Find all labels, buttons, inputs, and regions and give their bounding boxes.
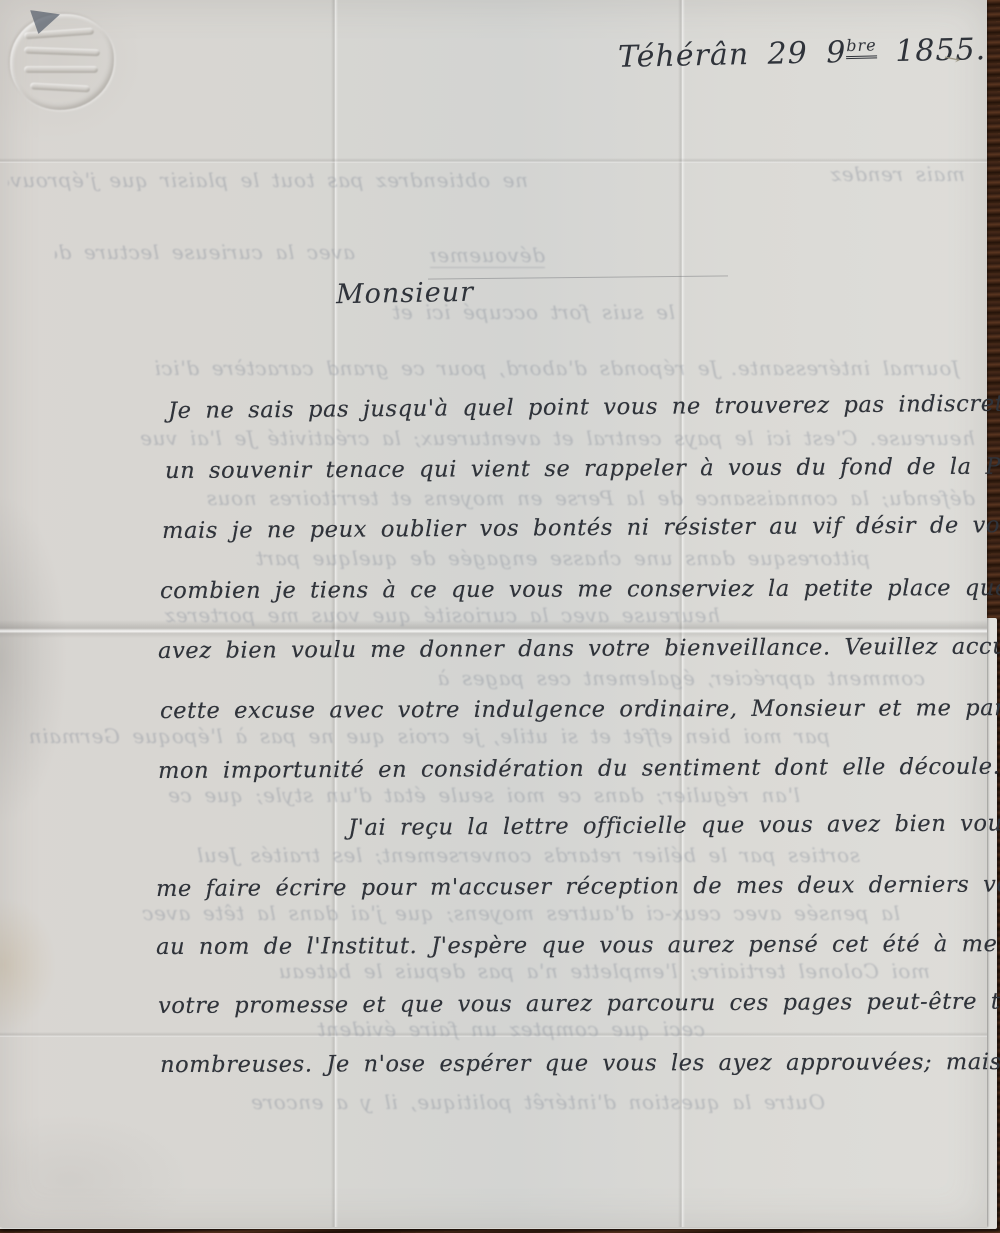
bleedthrough-line: ceci que comptez un faire évident	[165, 1017, 705, 1041]
letter-page: Téhérân 29 9bre 1855. → Monsieur ne obti…	[0, 0, 987, 1227]
letter-line: au nom de l'Institut. J'espère que vous …	[156, 931, 1000, 960]
dateline: Téhérân 29 9bre 1855.	[618, 32, 987, 75]
letter-line: combien je tiens à ce que vous me conser…	[160, 575, 1000, 604]
letter-line: votre promesse et que vous aurez parcour…	[158, 988, 1000, 1019]
letter-line: un souvenir tenace qui vient se rappeler…	[165, 453, 1000, 484]
dateline-month-abbrev: bre	[846, 35, 877, 59]
bleedthrough-line: Outre la question d'intérêt politique, i…	[165, 1090, 825, 1114]
bleedthrough-line: l'an régulier; dans ce moi seule état d'…	[0, 783, 800, 807]
bleedthrough-line: avec la curieuse lecture de	[55, 240, 355, 264]
bleedthrough-line: dévouement	[430, 243, 545, 268]
stamp-relief-line	[24, 47, 100, 57]
dateline-place-day: Téhérân 29 9	[618, 35, 847, 75]
bleedthrough-line: Journal intéressante. Je réponds d'abord…	[0, 356, 960, 380]
letter-line: nombreuses. Je n'ose espérer que vous le…	[160, 1049, 1000, 1078]
letter-line: avez bien voulu me donner dans votre bie…	[158, 633, 1000, 664]
bleedthrough-line: pittoresque dans une chasse engagée de q…	[0, 546, 870, 570]
bleedthrough-line: défendu; la connaissance de la Perse en …	[0, 486, 975, 510]
letter-line: Je ne sais pas jusqu'à quel point vous n…	[168, 391, 1000, 424]
stamp-relief-line	[30, 82, 90, 92]
letter-line: mon importunité en considération du sent…	[158, 754, 1000, 784]
bleedthrough-line: heureuse. C'est ici le pays central et a…	[0, 426, 975, 450]
bleedthrough-line: la pensée avec ceux-ci d'autres moyens; …	[0, 901, 900, 925]
embossed-blind-stamp-icon	[10, 14, 114, 110]
bleedthrough-line: ne obtiendrez pas tout le plaisir que j'…	[8, 168, 528, 192]
bleedthrough-line: moi Colonel tertiaire; l'emplette n'a pa…	[0, 959, 930, 983]
bleedthrough-line: sorties par le bélier retards converseme…	[140, 843, 860, 867]
bleedthrough-line: comment apprécier, également ces pages à	[165, 666, 925, 690]
scanned-letter: Téhérân 29 9bre 1855. → Monsieur ne obti…	[0, 0, 1000, 1233]
letter-line: J'ai reçu la lettre officielle que vous …	[348, 810, 1000, 841]
letter-line: me faire écrire pour m'accuser réception…	[156, 871, 1000, 902]
dateline-year: 1855.	[876, 32, 986, 69]
stamp-relief-line	[24, 66, 98, 73]
bleedthrough-line: heureuse avec la curiosité que vous me p…	[0, 603, 720, 627]
letter-line: mais je ne peux oublier vos bontés ni ré…	[162, 512, 1000, 544]
bleedthrough-line: par moi bien effet et si utile, je crois…	[0, 724, 830, 748]
page-turn-arrow-icon: →	[942, 47, 962, 68]
bleedthrough-line: le suis fort occupé ici et	[375, 300, 675, 324]
stamp-relief-line	[24, 28, 94, 40]
bleedthrough-line: mais rendez	[795, 162, 965, 186]
letter-line: cette excuse avec votre indulgence ordin…	[160, 695, 1000, 724]
